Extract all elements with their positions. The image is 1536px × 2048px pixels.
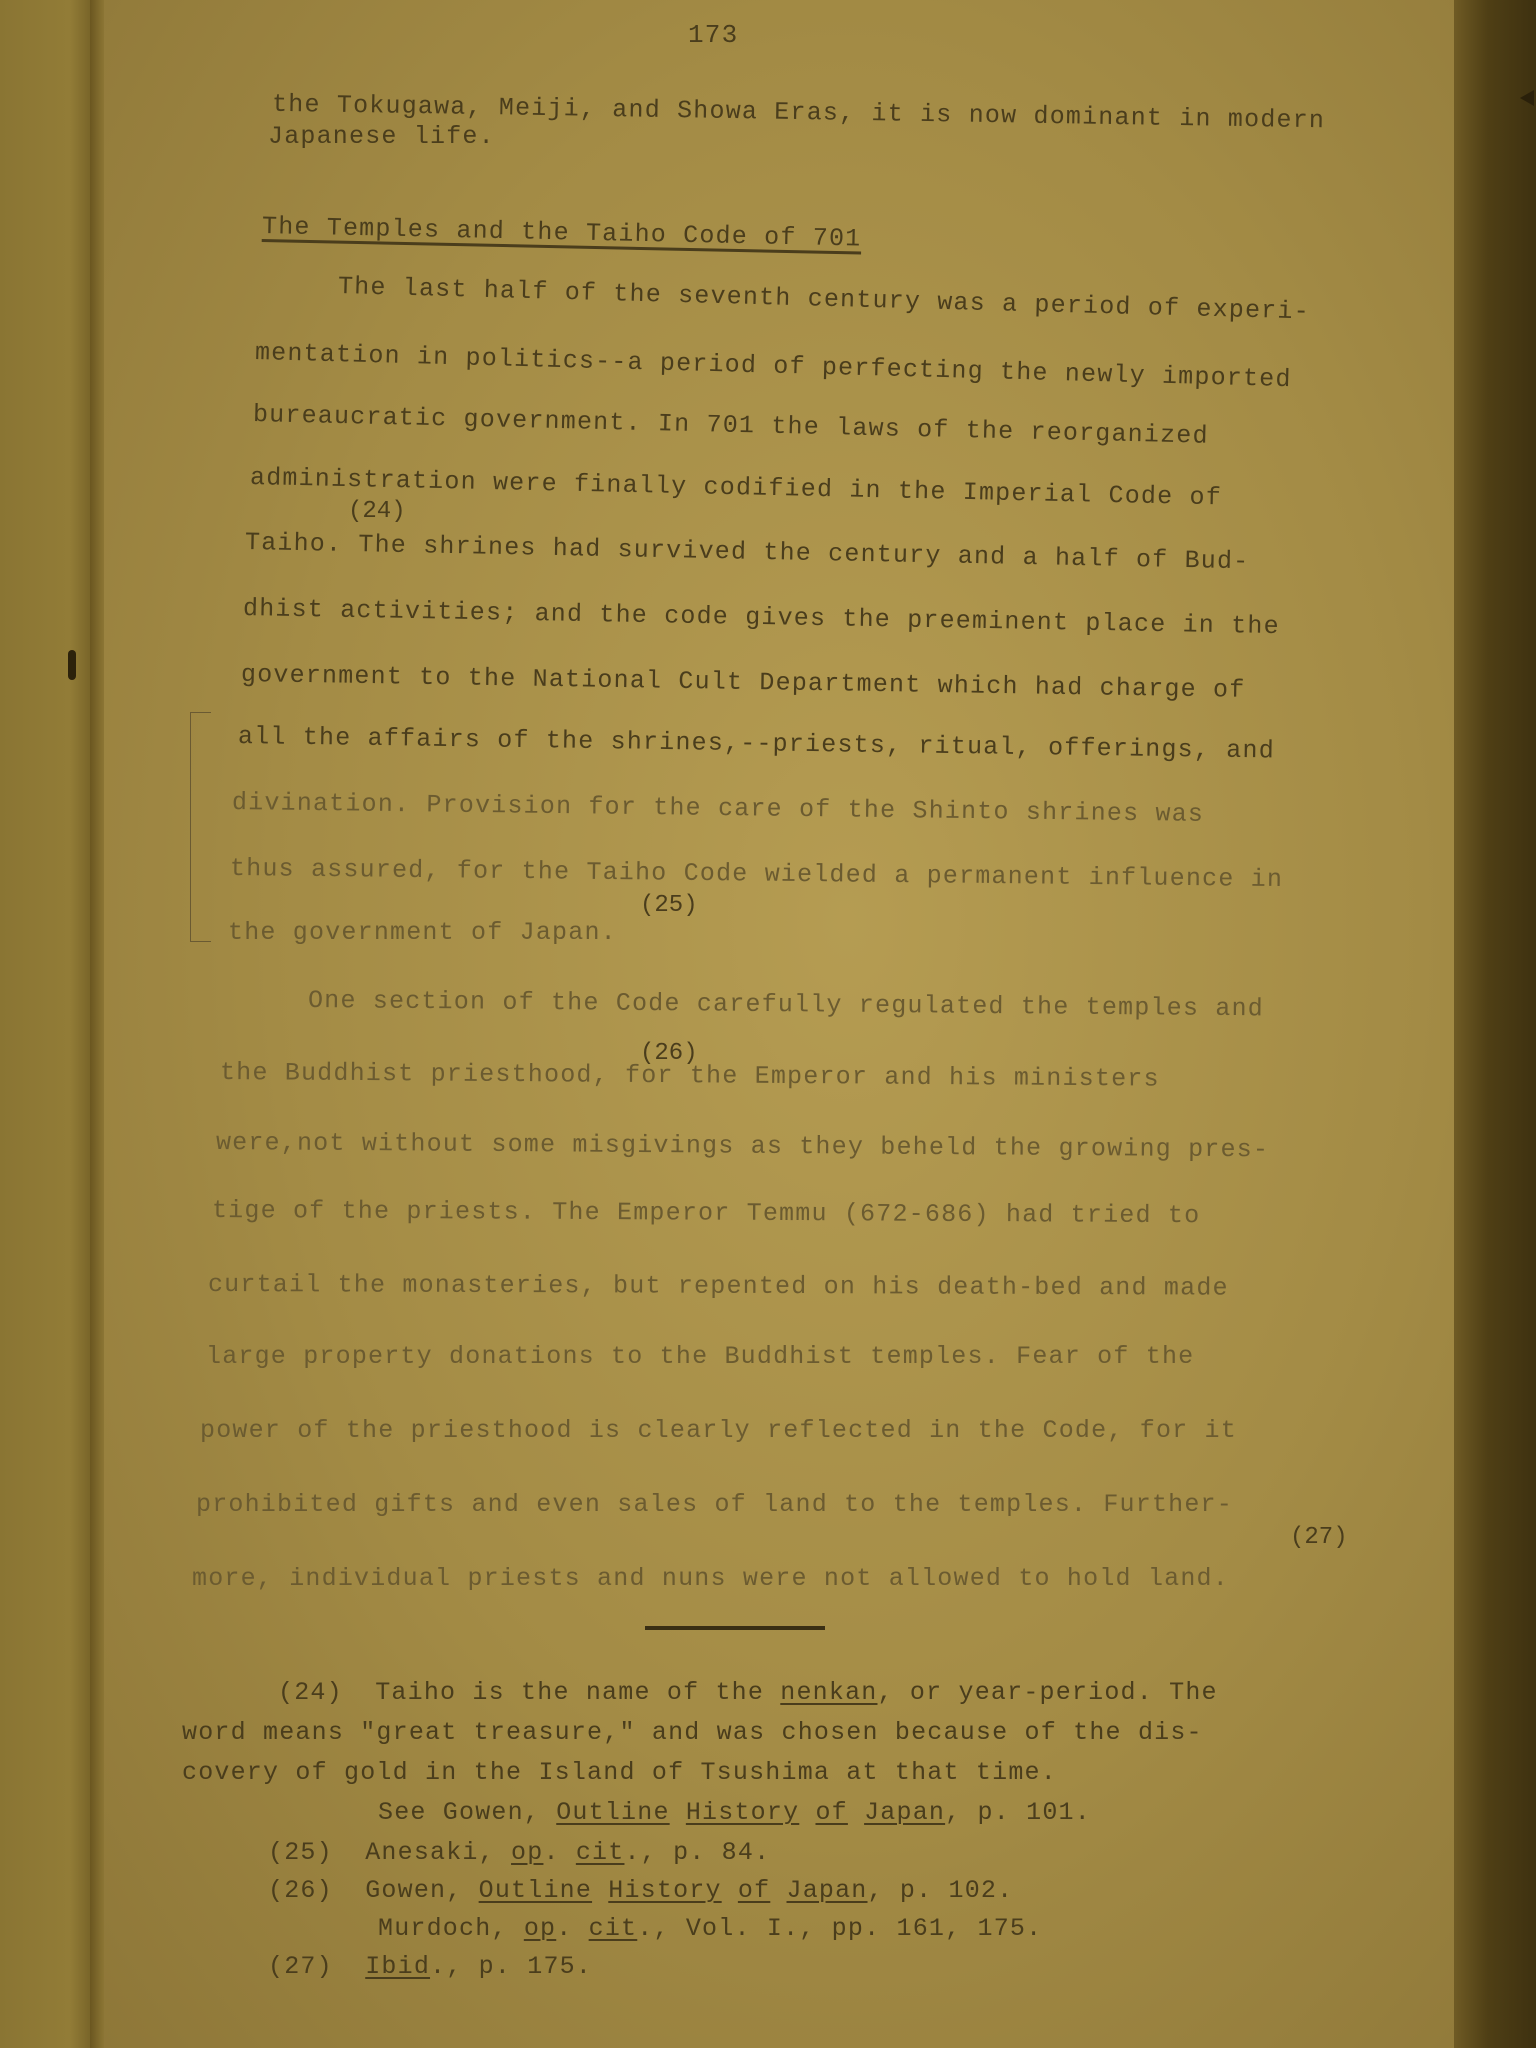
page-stack-edge xyxy=(1455,0,1536,2048)
footnote-24-line-2: word means "great treasure," and was cho… xyxy=(182,1718,1203,1747)
fn27-page: ., p. 175. xyxy=(430,1952,592,1981)
footnote-27: (27) Ibid., p. 175. xyxy=(268,1952,592,1981)
para2-line-6: large property donations to the Buddhist… xyxy=(206,1342,1194,1371)
fn26-vol: ., Vol. I., pp. 161, 175. xyxy=(637,1914,1042,1943)
fn25-author: Anesaki, xyxy=(365,1838,511,1867)
fn25-op: op xyxy=(511,1838,543,1867)
para2-line-7: power of the priesthood is clearly refle… xyxy=(200,1416,1237,1445)
fn26-title-4: Japan xyxy=(787,1876,868,1905)
footnote-26-line-2: Murdoch, op. cit., Vol. I., pp. 161, 175… xyxy=(378,1914,1042,1943)
footnote-25: (25) Anesaki, op. cit., p. 84. xyxy=(268,1838,770,1867)
para2-line-9: more, individual priests and nuns were n… xyxy=(192,1564,1229,1593)
fn25-sep: . xyxy=(543,1838,575,1867)
fn26-title-2: History xyxy=(608,1876,721,1905)
para2-line-5: curtail the monasteries, but repented on… xyxy=(208,1270,1229,1303)
fn24-title-3: of xyxy=(815,1798,847,1827)
fn24-title-1: Outline xyxy=(556,1798,669,1827)
footnote-ref-25: (25) xyxy=(640,892,698,919)
fn24-see: See Gowen, xyxy=(378,1798,556,1827)
page-tab-icon xyxy=(1520,90,1534,106)
fn24-title-4: Japan xyxy=(864,1798,945,1827)
fn24-text-b: , or year-period. The xyxy=(878,1678,1218,1707)
continuation-line-2: Japanese life. xyxy=(268,122,495,151)
footnote-27-marker: (27) xyxy=(268,1952,333,1981)
fn26-author: Gowen, xyxy=(365,1876,478,1905)
fn26-cit: cit xyxy=(589,1914,638,1943)
fn26-page: , p. 102. xyxy=(868,1876,1014,1905)
fn26-title-3: of xyxy=(738,1876,770,1905)
fn26-op: op xyxy=(524,1914,556,1943)
fn24-title-2: History xyxy=(686,1798,799,1827)
fn26-title-1: Outline xyxy=(479,1876,592,1905)
fn24-nenkan: nenkan xyxy=(780,1678,877,1707)
fn26-sep: . xyxy=(556,1914,588,1943)
gutter-mark xyxy=(68,650,76,680)
facing-page-edge xyxy=(0,0,100,2048)
footnote-ref-27: (27) xyxy=(1290,1524,1348,1551)
fn24-text-a: Taiho is the name of the xyxy=(375,1678,780,1707)
footnote-separator xyxy=(645,1626,825,1630)
para1-line-11: the government of Japan. xyxy=(228,918,617,947)
footnote-26-marker: (26) xyxy=(268,1876,333,1905)
footnote-24-line-3: covery of gold in the Island of Tsushima… xyxy=(182,1758,1057,1787)
fn27-ibid: Ibid xyxy=(365,1952,430,1981)
footnote-24-marker: (24) xyxy=(278,1678,343,1707)
margin-bracket-mark xyxy=(190,712,211,942)
footnote-26-line-1: (26) Gowen, Outline History of Japan, p.… xyxy=(268,1876,1013,1905)
fn26-murdoch: Murdoch, xyxy=(378,1914,524,1943)
fn25-cit: cit xyxy=(576,1838,625,1867)
footnote-25-marker: (25) xyxy=(268,1838,333,1867)
para2-line-4: tige of the priests. The Emperor Temmu (… xyxy=(212,1196,1200,1230)
para2-line-8: prohibited gifts and even sales of land … xyxy=(196,1490,1233,1519)
page-number: 173 xyxy=(688,20,738,50)
footnote-24-line-1: (24) Taiho is the name of the nenkan, or… xyxy=(278,1678,1218,1707)
footnote-ref-24: (24) xyxy=(348,498,406,525)
fn25-page: ., p. 84. xyxy=(624,1838,770,1867)
footnote-24-line-4: See Gowen, Outline History of Japan, p. … xyxy=(378,1798,1091,1827)
fn24-page: , p. 101. xyxy=(945,1798,1091,1827)
